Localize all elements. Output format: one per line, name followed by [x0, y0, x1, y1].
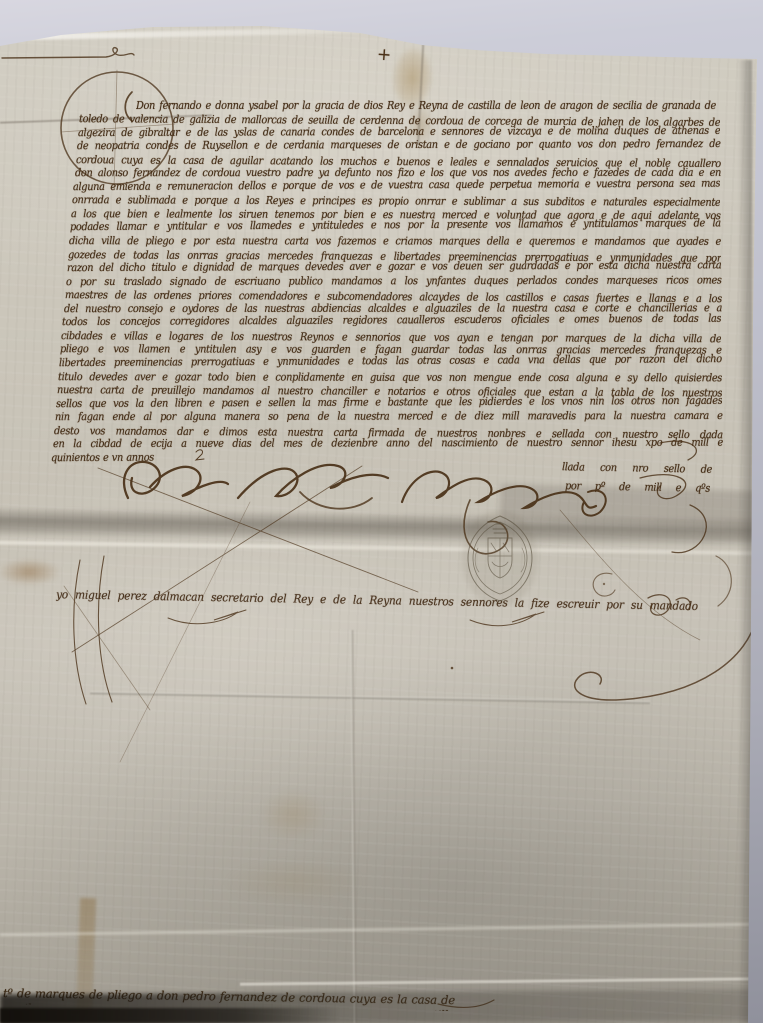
crease-vertical-lower — [350, 630, 356, 1023]
docket-endorsement-line: tº de marques de pliego a don pedro fern… — [3, 986, 455, 1011]
manuscript-fragment-line: por pº de mill e qºs — [565, 480, 710, 497]
crease-bottom-highlight — [240, 977, 763, 985]
manuscript-line: en la cibdad de ecija a nueve dias del m… — [52, 437, 722, 453]
manuscript-fragment-line: llada con nro sello de — [562, 461, 712, 478]
manuscript-line: libertades preeminencias prerrogatiuas e… — [59, 353, 722, 371]
manuscript-line: de neopatria condes de Ruysellon e de ce… — [77, 138, 721, 154]
crease-horizontal-low — [0, 923, 763, 937]
secretary-flourishes — [64, 556, 757, 710]
manuscript-line: todos los concejos corregidores alcaldes… — [62, 313, 721, 331]
manuscript-line: alguna emienda e remuneracion dellos e p… — [73, 178, 720, 196]
lower-sheet-edge-highlight — [0, 541, 763, 556]
main-fold-shadow-band — [0, 506, 763, 547]
queen-signature-rubric — [402, 472, 700, 640]
right-edge-shadow — [738, 60, 752, 1023]
stain-mid-blotch-2 — [205, 852, 385, 912]
stain-left-edge — [0, 552, 64, 592]
top-left-ruled-line — [2, 48, 134, 58]
seal-smudge — [462, 510, 538, 606]
manuscript-line: o por su traslado signado de escriuano p… — [66, 274, 722, 290]
crease-horizontal-mid — [90, 691, 650, 704]
royal-seal-stamp — [468, 516, 532, 601]
signature-hairline-scratches — [72, 466, 418, 762]
secretary-attestation-line: yo miguel perez dalmacan secretario del … — [56, 587, 698, 615]
manuscript-line: quinientos e vn annos — [51, 451, 201, 466]
manuscript-line: dicha villa de pliego e por esta nuestra… — [69, 235, 721, 250]
top-edge-highlight — [0, 25, 440, 40]
manuscript-line: nin fagan ende al por alguna manera so p… — [55, 410, 723, 425]
invocation-cross-mark: + — [376, 45, 392, 66]
photo-background: + Don fernando e donna ysabel por la gra… — [0, 0, 763, 1023]
manuscript-line: podades llamar e yntitular e vos llamede… — [70, 218, 721, 236]
stain-mid-blotch — [248, 780, 338, 850]
manuscript-line: Don fernando e donna ysabel por la graci… — [136, 100, 716, 114]
paper-sheet: + Don fernando e donna ysabel por la gra… — [0, 0, 763, 1023]
bottom-left-black-wedge — [0, 1008, 340, 1023]
